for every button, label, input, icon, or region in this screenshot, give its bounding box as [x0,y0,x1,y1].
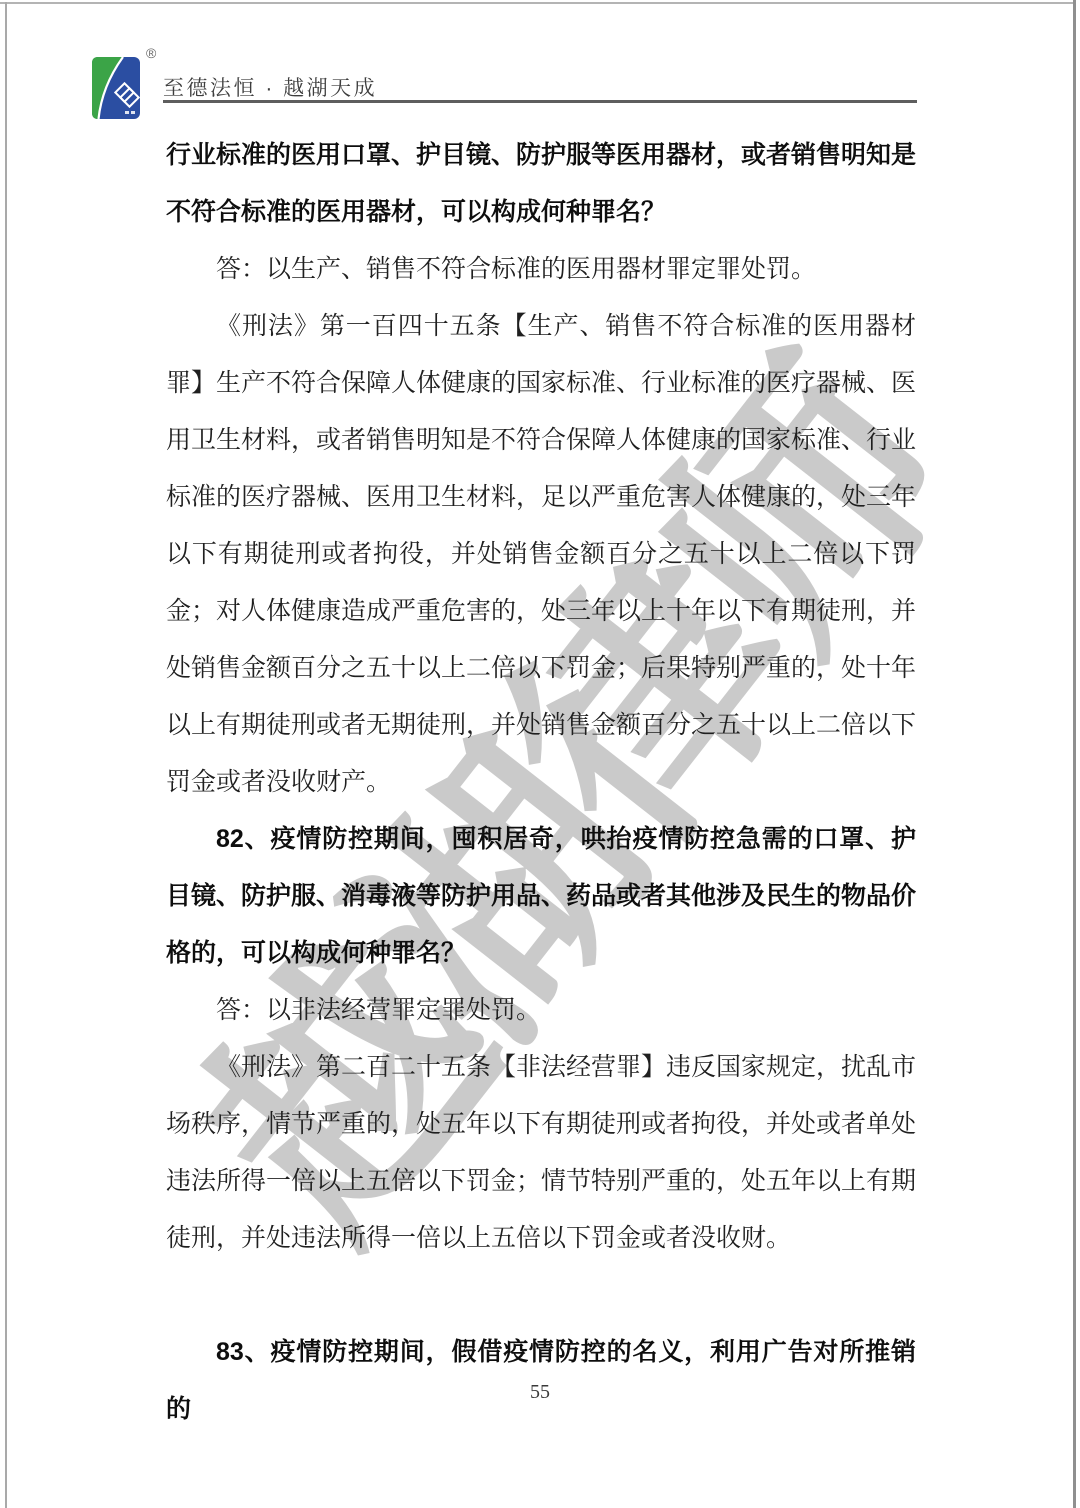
scanned-document-page: { "header": { "brand_text": "至德法恒 · 越湖天成… [0,0,1080,1508]
paragraph-answer-82: 答：以非法经营罪定罪处罚。 [166,982,916,1039]
paragraph-answer-81: 答：以生产、销售不符合标准的医用器材罪定罪处罚。 [166,241,916,298]
paragraph-law-article-225: 《刑法》第二百二十五条【非法经营罪】违反国家规定，扰乱市场秩序，情节严重的，处五… [166,1039,916,1267]
law-firm-logo-icon [92,57,140,119]
page-edge-left [5,2,7,1508]
page-header: ® 至德法恒 · 越湖天成 [0,0,1080,120]
page-edge-right [1073,0,1076,1508]
registered-trademark-symbol: ® [146,45,156,61]
page-number: 55 [0,1381,1080,1404]
paragraph-question-81-continued: 行业标准的医用口罩、护目镜、防护服等医用器材，或者销售明知是不符合标准的医用器材… [166,127,916,241]
document-body: 行业标准的医用口罩、护目镜、防护服等医用器材，或者销售明知是不符合标准的医用器材… [166,127,916,1438]
brand-text: 至德法恒 · 越湖天成 [163,72,377,102]
paragraph-law-article-145: 《刑法》第一百四十五条【生产、销售不符合标准的医用器材罪】生产不符合保障人体健康… [166,298,916,811]
paragraph-question-82: 82、疫情防控期间，囤积居奇，哄抬疫情防控急需的口罩、护目镜、防护服、消毒液等防… [166,811,916,982]
header-rule [163,100,917,103]
